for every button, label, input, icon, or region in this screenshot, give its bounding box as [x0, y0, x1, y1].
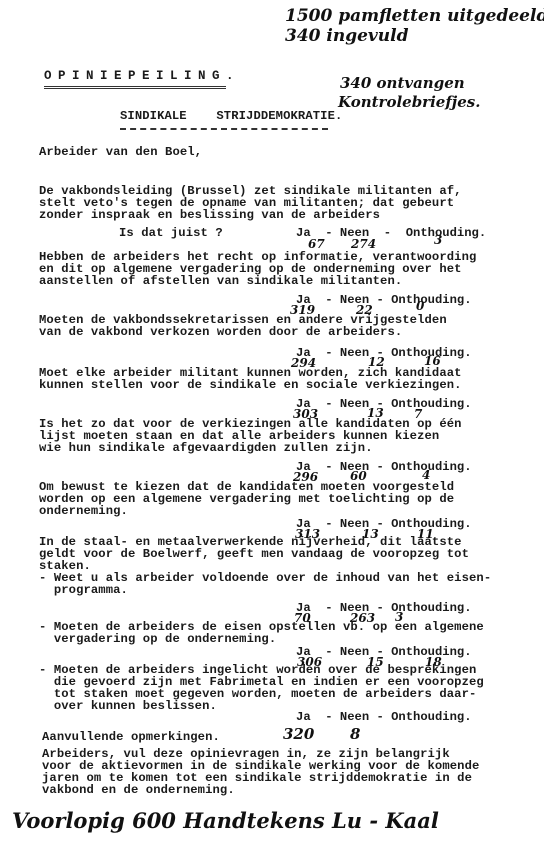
question-line: programma.	[39, 584, 128, 596]
answer-options: Ja - Neen - Onthouding.	[296, 602, 472, 614]
question-line: van de vakbond verkozen worden door de a…	[39, 326, 402, 338]
document-subtitle: SINDIKALE STRIJDDEMOKRATIE.	[120, 110, 342, 122]
answer-options: Ja - Neen - Onthouding.	[296, 398, 472, 410]
handwritten-note-distributed: 1500 pamfletten uitgedeeld.	[285, 6, 544, 26]
handwritten-note-signatures: Voorlopig 600 Handtekens Lu - Kaal	[12, 808, 439, 833]
question-line: vergadering op de onderneming.	[39, 633, 276, 645]
tally-ja: 320	[283, 728, 314, 740]
salutation: Arbeider van den Boel,	[39, 146, 202, 158]
answer-options: Ja - Neen - Onthouding.	[296, 518, 472, 530]
question-line: onderneming.	[39, 505, 128, 517]
title-underline	[44, 86, 226, 89]
question-line: kunnen stellen voor de sindikale en soci…	[39, 379, 462, 391]
tally-neen: 8	[350, 728, 360, 740]
subtitle-underline	[120, 128, 328, 130]
handwritten-note-filled-in: 340 ingevuld	[285, 26, 409, 46]
question-line: geldt voor de Boelwerf, geeft men vandaa…	[39, 548, 469, 560]
handwritten-note-received: 340 ontvangen	[340, 74, 465, 92]
intro-line: zonder inspraak en beslissing van de arb…	[39, 209, 380, 221]
tally-neen: 274	[351, 238, 376, 250]
tally-ja: 67	[308, 238, 325, 250]
closing-line: vakbond en de onderneming.	[42, 784, 235, 796]
tally-onthouding: 3	[434, 234, 442, 246]
answer-options: Ja - Neen - Onthouding.	[296, 294, 472, 306]
document-title: OPINIEPEILING.	[44, 70, 240, 82]
handwritten-note-control-slips: Kontrolebriefjes.	[338, 93, 480, 111]
remarks-label: Aanvullende opmerkingen.	[42, 731, 220, 743]
question-line: wie hun sindikale afgevaardigden zullen …	[39, 442, 373, 454]
question-prompt: Is dat juist ?	[119, 227, 223, 239]
question-line: aanstellen of afstellen van sindikale mi…	[39, 275, 402, 287]
answer-options: Ja - Neen - Onthouding.	[296, 461, 472, 473]
question-line: over kunnen beslissen.	[39, 700, 217, 712]
answer-options: Ja - Neen - Onthouding.	[296, 646, 472, 658]
tally-onthouding: 0	[416, 300, 424, 312]
answer-options: Ja - Neen - Onthouding.	[296, 711, 472, 723]
